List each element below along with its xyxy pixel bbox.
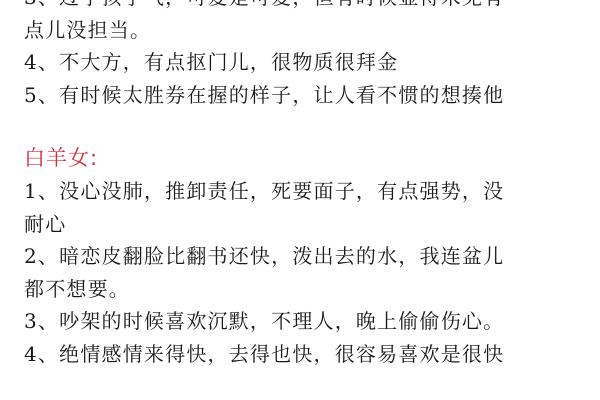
text-line: 3、吵架的时候喜欢沉默，不理人，晚上偷偷伤心。 [24,305,584,338]
text-line: 3、过于孩子气，可爱是可爱，但有时候显得未免有 [24,0,584,14]
text-line: 2、暗恋皮翻脸比翻书还快，泼出去的水，我连盆儿 [24,240,584,273]
text-line: 都不想要。 [24,273,584,306]
section-spacer [24,111,584,141]
section-heading: 白羊女: [24,141,584,175]
text-line: 1、没心没肺，推卸责任，死要面子，有点强势，没 [24,175,584,208]
aries-female-section: 白羊女: 1、没心没肺，推卸责任，死要面子，有点强势，没 耐心 2、暗恋皮翻脸比… [24,141,584,370]
text-line: 4、不大方，有点抠门儿，很物质很拜金 [24,46,584,79]
text-line: 5、有时候太胜券在握的样子，让人看不惯的想揍他 [24,79,584,112]
text-line: 耐心 [24,208,584,241]
document-body: 3、过于孩子气，可爱是可爱，但有时候显得未免有 点儿没担当。 4、不大方，有点抠… [24,0,584,370]
text-line: 点儿没担当。 [24,14,584,47]
previous-section: 3、过于孩子气，可爱是可爱，但有时候显得未免有 点儿没担当。 4、不大方，有点抠… [24,0,584,111]
text-line: 4、绝情感情来得快，去得也快，很容易喜欢是很快 [24,338,584,371]
